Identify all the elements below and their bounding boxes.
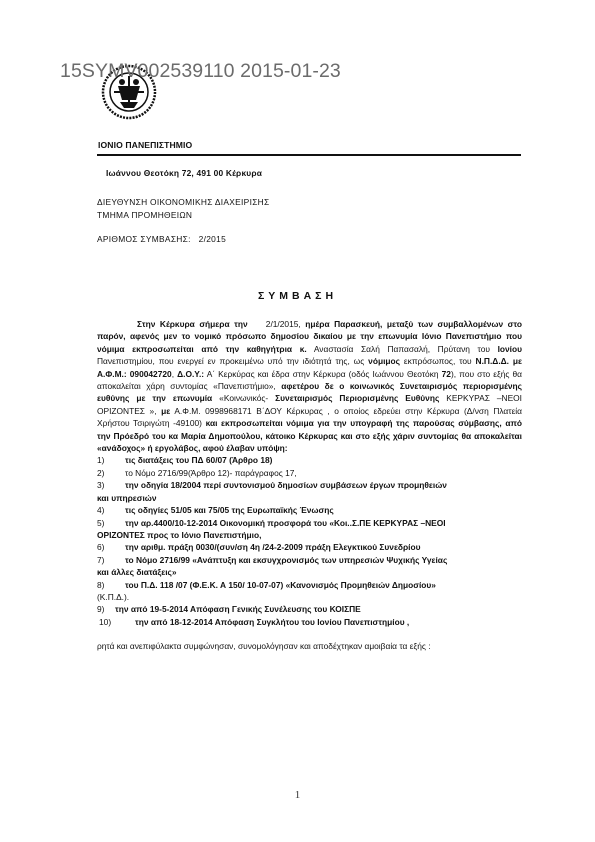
list-text: το Νόμο 2716/99 «Ανάπτυξη και εκσυγχρονι…: [125, 554, 522, 566]
intro-text: με: [161, 406, 170, 416]
street-number: 72: [442, 369, 451, 379]
intro-text: εκπρόσωπος, του: [404, 356, 472, 366]
list-number: 10): [99, 616, 135, 628]
list-number: 7): [97, 554, 125, 566]
section-line: ΤΜΗΜΑ ΠΡΟΜΗΘΕΙΩΝ: [97, 209, 270, 222]
punctuation: ,: [172, 369, 174, 379]
intro-text: Πανεπιστημίου, που ενεργεί εν προκειμένω…: [97, 356, 364, 366]
contract-number-value: 2/2015: [199, 234, 226, 244]
list-number: 4): [97, 504, 125, 516]
list-text: τις διατάξεις του ΠΔ 60/07 (Άρθρο 18): [125, 454, 522, 466]
list-number: 6): [97, 541, 125, 553]
intro-text: νόμιμος: [368, 356, 400, 366]
list-text: του Π.Δ. 118 /07 (Φ.Ε.Κ. Α 150/ 10-07-07…: [125, 579, 522, 591]
intro-text: Ιονίου: [498, 344, 522, 354]
list-text: την από 18-12-2014 Απόφαση Συγκλήτου του…: [135, 616, 522, 628]
closing-paragraph: ρητά και ανεπιφύλακτα συμφώνησαν, συνομο…: [97, 640, 522, 652]
contract-number-label: ΑΡΙΘΜΟΣ ΣΥΜΒΑΣΗΣ:: [97, 234, 191, 244]
organization-address: Ιωάννου Θεοτόκη 72, 491 00 Κέρκυρα: [106, 168, 262, 178]
header-divider: [97, 154, 521, 156]
department-line: ΔΙΕΥΘΥΝΣΗ ΟΙΚΟΝΟΜΙΚΗΣ ΔΙΑΧΕΙΡΙΣΗΣ: [97, 196, 270, 209]
tax-office-label: Δ.Ο.Υ.:: [177, 369, 204, 379]
list-text: την από 19-5-2014 Απόφαση Γενικής Συνέλε…: [115, 603, 522, 615]
list-item: 4)τις οδηγίες 51/05 και 75/05 της Ευρωπα…: [97, 504, 522, 516]
list-number: 3): [97, 479, 125, 491]
intro-text: και εκπροσωπείται νόμιμα για την υπογραφ…: [206, 418, 502, 428]
list-item: 1)τις διατάξεις του ΠΔ 60/07 (Άρθρο 18): [97, 454, 522, 466]
department-block: ΔΙΕΥΘΥΝΣΗ ΟΙΚΟΝΟΜΙΚΗΣ ΔΙΑΧΕΙΡΙΣΗΣ ΤΜΗΜΑ …: [97, 196, 270, 221]
list-text: την οδηγία 18/2004 περί συντονισμού δημο…: [125, 479, 522, 491]
page-number: 1: [0, 789, 595, 801]
list-text-continued: και άλλες διατάξεις»: [97, 566, 522, 578]
list-item: 6)την αριθμ. πράξη 0030/(συν/ση 4η /24-2…: [97, 541, 522, 553]
list-number: 9): [97, 603, 115, 615]
list-text-continued: (Κ.Π.Δ.).: [97, 591, 522, 603]
list-text: την αριθμ. πράξη 0030/(συν/ση 4η /24-2-2…: [125, 541, 522, 553]
organization-name: ΙΟΝΙΟ ΠΑΝΕΠΙΣΤΗΜΙΟ: [98, 140, 192, 150]
list-item: 8)του Π.Δ. 118 /07 (Φ.Ε.Κ. Α 150/ 10-07-…: [97, 579, 522, 591]
contractor-name: Συνεταιρισμός Περιορισμένης Ευθύνης: [275, 393, 439, 403]
list-text-continued: ΟΡΙΖΟΝΤΕΣ προς το Ιόνιο Πανεπιστήμιο,: [97, 529, 522, 541]
intro-text: Στην Κέρκυρα σήμερα την: [137, 319, 248, 329]
intro-paragraph: Στην Κέρκυρα σήμερα την 2/1/2015, ημέρα …: [97, 318, 522, 454]
list-number: 1): [97, 454, 125, 466]
rector-name: Αναστασία Σαλή Παπασαλή, Πρύτανη του: [314, 344, 490, 354]
list-text: τις οδηγίες 51/05 και 75/05 της Ευρωπαϊκ…: [125, 504, 522, 516]
contractor-name: «Κοινωνικός-: [219, 393, 268, 403]
list-number: 2): [97, 467, 125, 479]
list-text: την αρ.4400/10-12-2014 Οικονομική προσφο…: [125, 517, 522, 529]
list-item: 7)το Νόμο 2716/99 «Ανάπτυξη και εκσυγχρο…: [97, 554, 522, 566]
contract-body: Στην Κέρκυρα σήμερα την 2/1/2015, ημέρα …: [97, 318, 522, 653]
spacer: [97, 628, 522, 640]
list-number: 8): [97, 579, 125, 591]
list-number: 5): [97, 517, 125, 529]
document-watermark-id: 15SYMV002539110 2015-01-23: [60, 60, 341, 83]
considerations-list: 1)τις διατάξεις του ΠΔ 60/07 (Άρθρο 18) …: [97, 454, 522, 628]
list-item: 5)την αρ.4400/10-12-2014 Οικονομική προσ…: [97, 517, 522, 529]
list-text-continued: και υπηρεσιών: [97, 492, 522, 504]
list-item: 9)την από 19-5-2014 Απόφαση Γενικής Συνέ…: [97, 603, 522, 615]
list-item: 2)το Νόμο 2716/99(Άρθρο 12)- παράγραφος …: [97, 467, 522, 479]
contract-number: ΑΡΙΘΜΟΣ ΣΥΜΒΑΣΗΣ: 2/2015: [97, 234, 226, 244]
list-item: 3)την οδηγία 18/2004 περί συντονισμού δη…: [97, 479, 522, 491]
list-item: 10)την από 18-12-2014 Απόφαση Συγκλήτου …: [97, 616, 522, 628]
list-text: το Νόμο 2716/99(Άρθρο 12)- παράγραφος 17…: [125, 467, 522, 479]
intro-text: Α΄ Κερκύρας και έδρα στην Κέρκυρα (οδός …: [207, 369, 439, 379]
contract-date: 2/1/2015,: [266, 319, 301, 329]
document-title: ΣΥΜΒΑΣΗ: [0, 290, 595, 302]
